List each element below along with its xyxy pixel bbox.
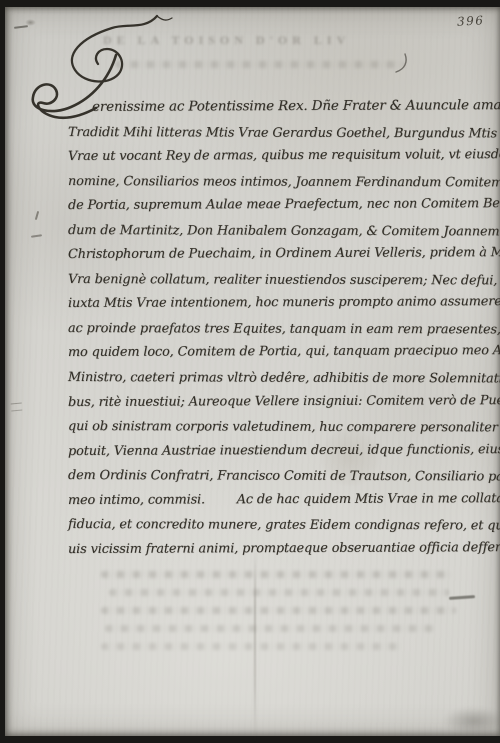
manuscript-line: Vrae ut vocant Rey de armas, quibus me r… bbox=[68, 143, 488, 169]
bleedthrough-line bbox=[101, 607, 456, 614]
margin-tilde-mark bbox=[31, 234, 42, 238]
manuscript-line: iuxta Mtis Vrae intentionem, hoc muneris… bbox=[68, 291, 488, 317]
bleedthrough-line bbox=[105, 625, 435, 632]
bleedthrough-line bbox=[101, 571, 451, 578]
manuscript-line: mo quidem loco, Comitem de Portia, qui, … bbox=[68, 340, 488, 366]
margin-tick-mark bbox=[35, 211, 39, 220]
manuscript-line: de Portia, supremum Aulae meae Praefectu… bbox=[68, 192, 488, 218]
manuscript-line: dem Ordinis Confratri, Francisco Comiti … bbox=[68, 464, 488, 490]
manuscript-line: fiducia, et concredito munere, grates Ei… bbox=[68, 513, 488, 539]
manuscript-line: meo intimo, commisi. Ac de hac quidem Mt… bbox=[68, 487, 488, 513]
bleedthrough-line bbox=[101, 643, 401, 650]
manuscript-line: erenissime ac Potentissime Rex. Dñe Frat… bbox=[68, 94, 488, 120]
fold-crease bbox=[254, 547, 256, 743]
manuscript-line: qui ob sinistram corporis valetudinem, h… bbox=[68, 415, 488, 441]
paper-smudge bbox=[443, 707, 500, 735]
ink-dash-mark bbox=[449, 595, 475, 600]
margin-pencil-mark bbox=[11, 403, 23, 412]
manuscript-line: bus, ritè inuestiui; Aureoque Vellere in… bbox=[68, 389, 488, 415]
manuscript-line: potuit, Vienna Austriae inuestiendum dec… bbox=[68, 438, 488, 464]
manuscript-line: uis vicissim fraterni animi, promptaeque… bbox=[68, 536, 488, 562]
manuscript-line: Christophorum de Puechaim, in Ordinem Au… bbox=[68, 241, 488, 267]
manuscript-text: erenissime ac Potentissime Rex. Dñe Frat… bbox=[68, 96, 488, 562]
bleedthrough-line bbox=[109, 589, 449, 596]
paper-sheet: DE LA TOISON D'OR LIV 396 S bbox=[5, 7, 500, 736]
manuscript-scan: DE LA TOISON D'OR LIV 396 S bbox=[0, 0, 500, 743]
manuscript-line: Ministro, caeteri primas vltrò dedêre, a… bbox=[68, 366, 488, 392]
margin-hook-mark bbox=[394, 53, 410, 79]
page-number: 396 bbox=[457, 13, 485, 28]
